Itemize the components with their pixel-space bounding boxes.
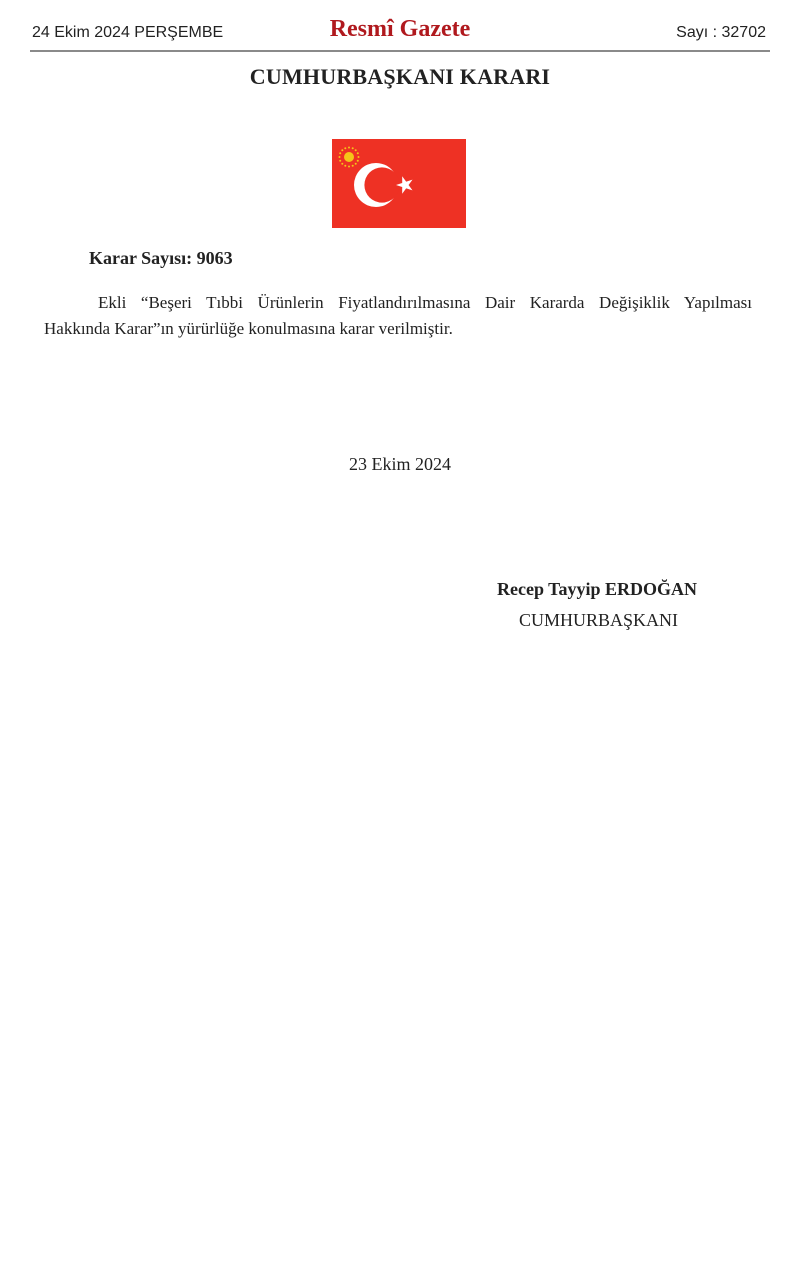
decision-body-line: Hakkında Karar”ın yürürlüğe konulmasına … <box>44 319 453 338</box>
decision-date: 23 Ekim 2024 <box>0 454 800 475</box>
turkish-flag-presidential-seal-icon <box>332 139 466 228</box>
publication-title: Resmî Gazete <box>30 16 770 43</box>
header-divider <box>30 50 770 52</box>
decision-body: Ekli “Beşeri Tıbbi Ürünlerin Fiyatlandır… <box>44 290 752 342</box>
signer-name: Recep Tayyip ERDOĞAN <box>497 579 697 600</box>
decision-body-line: Ekli “Beşeri Tıbbi Ürünlerin Fiyatlandır… <box>44 290 752 316</box>
document-title: CUMHURBAŞKANI KARARI <box>0 64 800 90</box>
signer-title: CUMHURBAŞKANI <box>519 610 678 631</box>
decision-number: Karar Sayısı: 9063 <box>89 248 233 269</box>
gazette-header: 24 Ekim 2024 PERŞEMBE Resmî Gazete Sayı … <box>30 14 770 50</box>
issue-number: Sayı : 32702 <box>676 24 766 42</box>
